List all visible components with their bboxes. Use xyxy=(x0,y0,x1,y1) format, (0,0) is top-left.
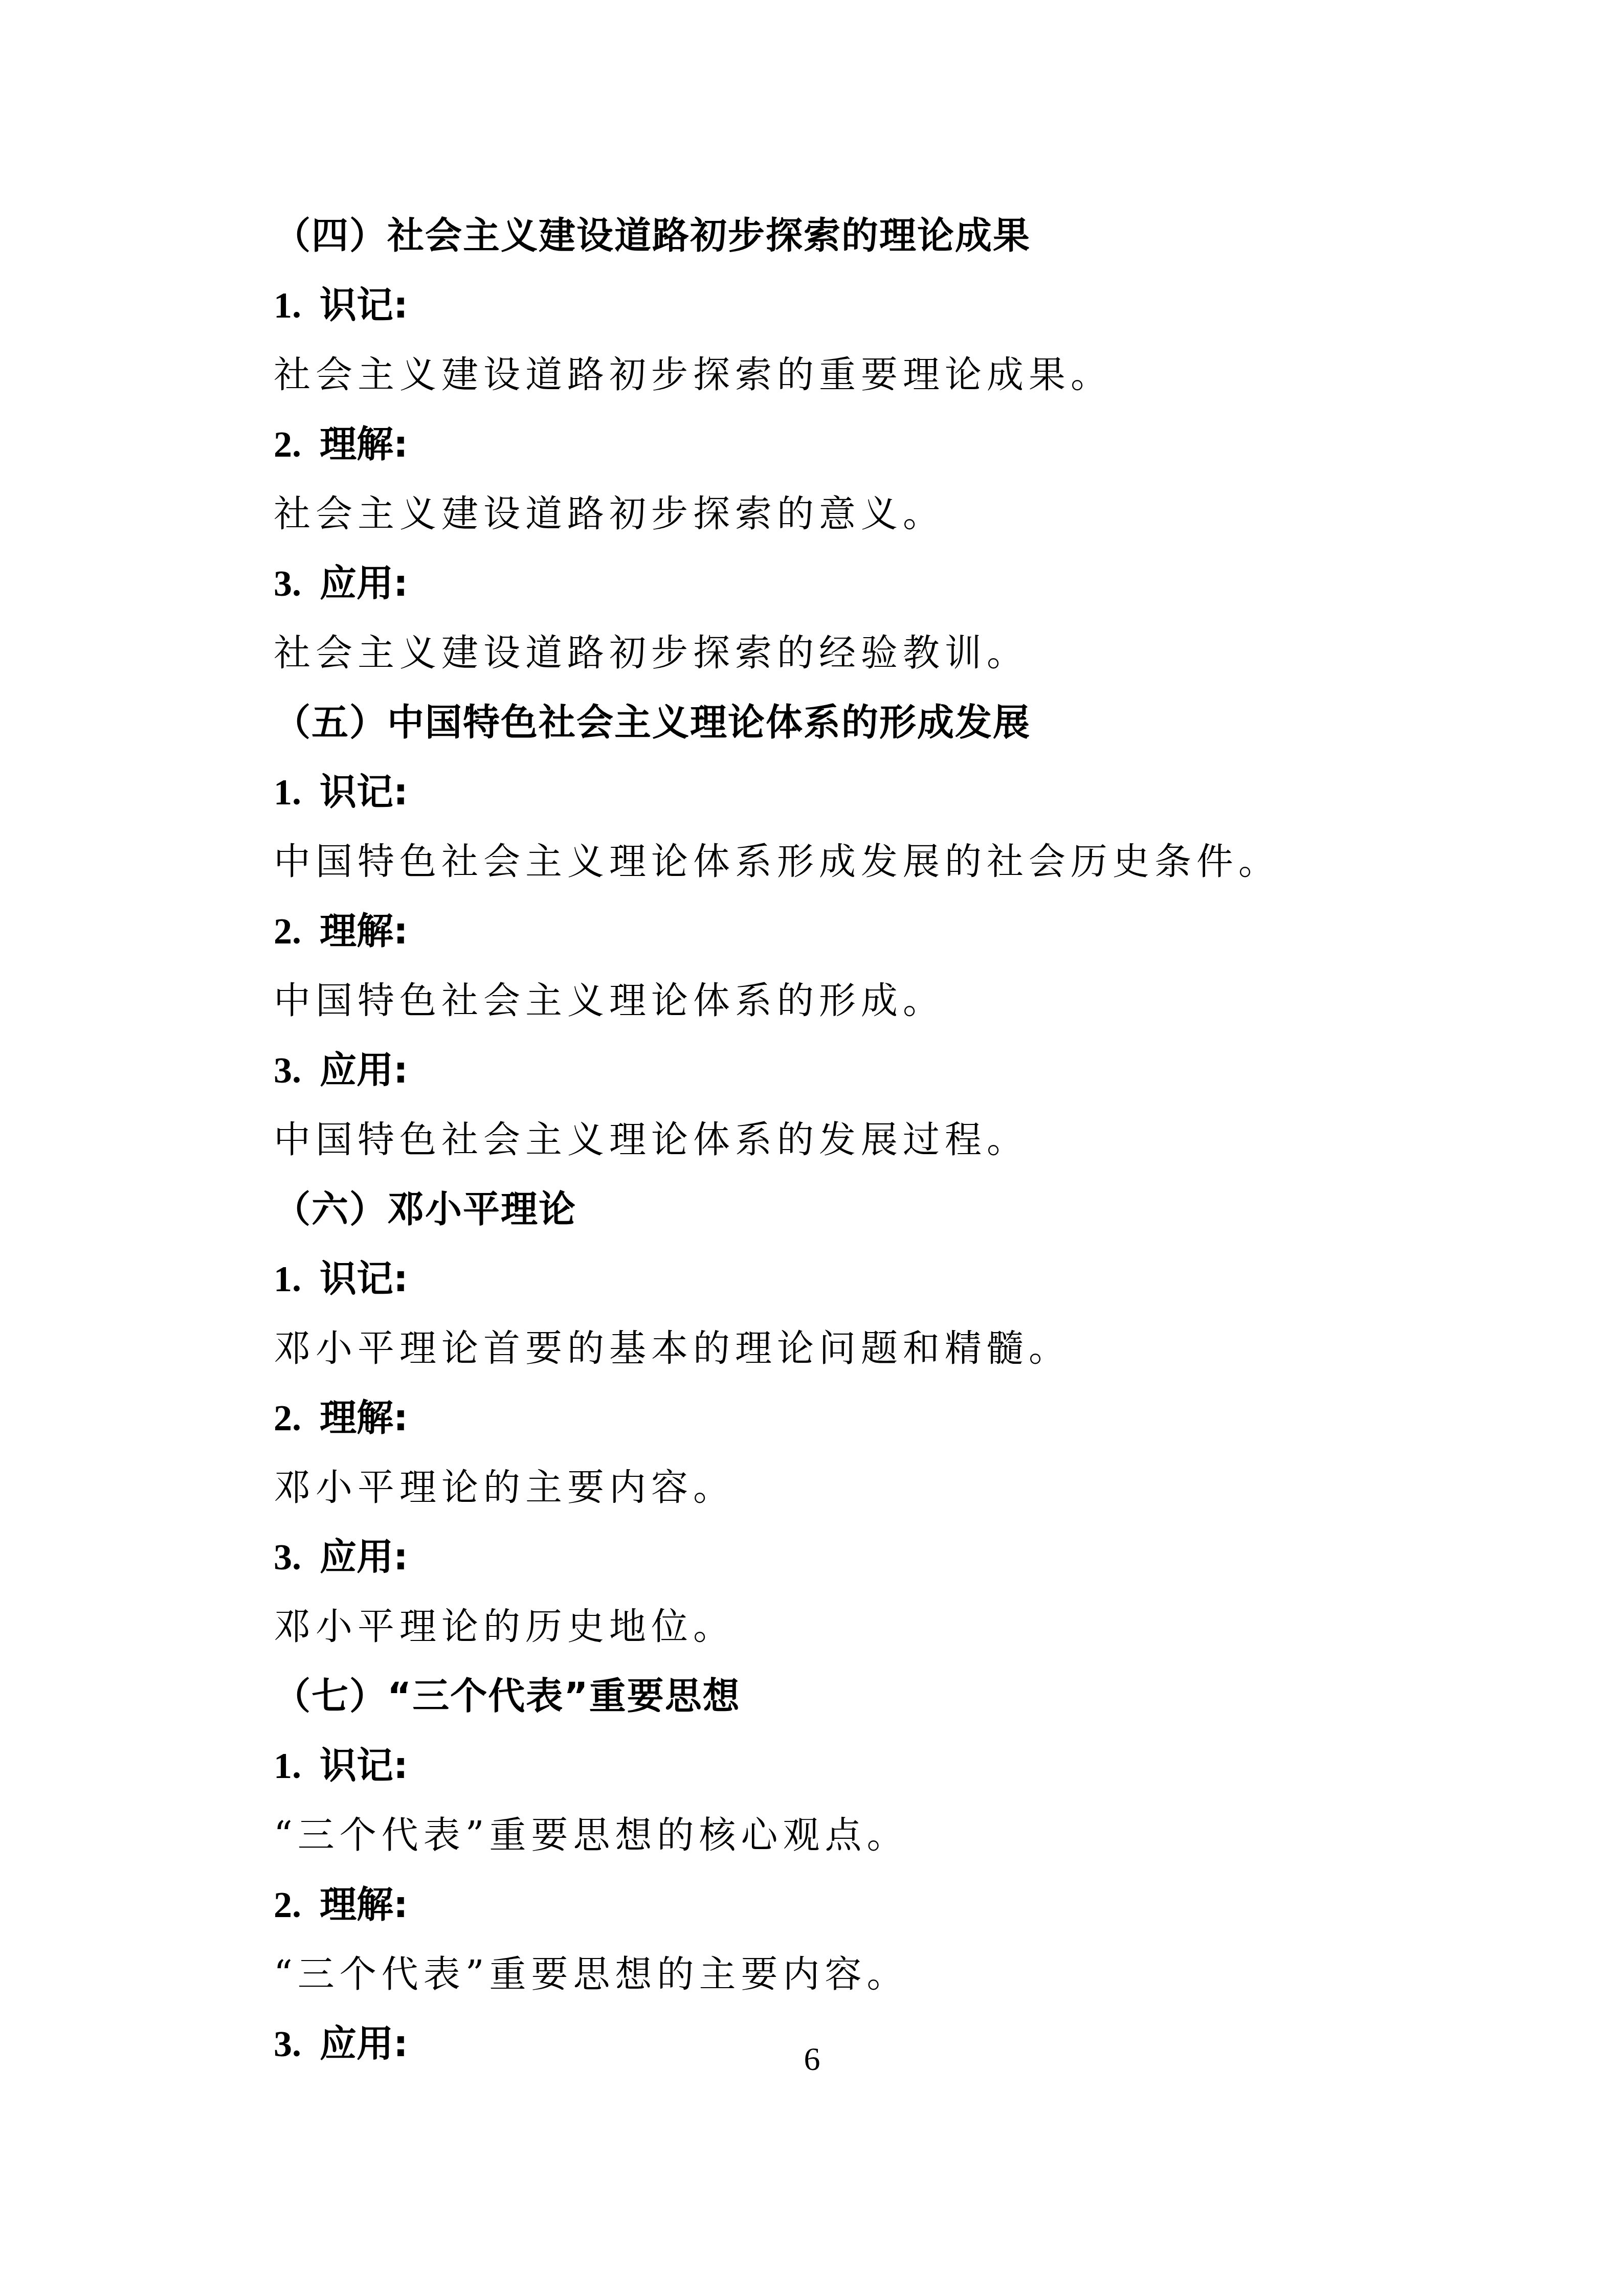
subheading-label: 理解: xyxy=(320,422,408,465)
subheading: 3.应用: xyxy=(274,555,1348,624)
section-heading: （四）社会主义建设道路初步探索的理论成果 xyxy=(274,207,1348,277)
subheading: 2.理解: xyxy=(274,1876,1348,1946)
subheading-label: 识记: xyxy=(320,770,408,813)
subheading-label: 应用: xyxy=(320,561,408,604)
subheading: 1.识记: xyxy=(274,1737,1348,1807)
subheading: 2.理解: xyxy=(274,903,1348,972)
body-text: “三个代表”重要思想的核心观点。 xyxy=(274,1807,1348,1876)
body-text: 中国特色社会主义理论体系形成发展的社会历史条件。 xyxy=(274,833,1348,903)
subheading: 2.理解: xyxy=(274,416,1348,485)
subheading-label: 识记: xyxy=(320,283,408,326)
subheading-number: 3. xyxy=(274,563,301,604)
subheading-number: 3. xyxy=(274,1537,301,1578)
body-text: 邓小平理论的历史地位。 xyxy=(274,1598,1348,1668)
page-number: 6 xyxy=(0,2040,1624,2078)
subheading-number: 1. xyxy=(274,285,301,326)
subheading: 3.应用: xyxy=(274,1042,1348,1111)
body-text: 邓小平理论首要的基本的理论问题和精髓。 xyxy=(274,1320,1348,1389)
subheading: 1.识记: xyxy=(274,1250,1348,1320)
subheading-number: 2. xyxy=(274,424,301,465)
body-text: 社会主义建设道路初步探索的意义。 xyxy=(274,485,1348,555)
section-heading: （六）邓小平理论 xyxy=(274,1181,1348,1250)
section-heading: （五）中国特色社会主义理论体系的形成发展 xyxy=(274,694,1348,763)
body-text: “三个代表”重要思想的主要内容。 xyxy=(274,1946,1348,2015)
body-text: 社会主义建设道路初步探索的重要理论成果。 xyxy=(274,346,1348,416)
body-text: 中国特色社会主义理论体系的形成。 xyxy=(274,972,1348,1042)
page-content: （四）社会主义建设道路初步探索的理论成果 1.识记: 社会主义建设道路初步探索的… xyxy=(274,207,1348,2085)
subheading-number: 3. xyxy=(274,1050,301,1091)
subheading-number: 2. xyxy=(274,1884,301,1925)
subheading-label: 理解: xyxy=(320,909,408,952)
subheading-label: 识记: xyxy=(320,1257,408,1300)
subheading-number: 2. xyxy=(274,1398,301,1438)
subheading: 1.识记: xyxy=(274,277,1348,346)
subheading: 1.识记: xyxy=(274,763,1348,833)
subheading-number: 1. xyxy=(274,772,301,813)
subheading-number: 2. xyxy=(274,911,301,952)
body-text: 中国特色社会主义理论体系的发展过程。 xyxy=(274,1111,1348,1181)
document-page: （四）社会主义建设道路初步探索的理论成果 1.识记: 社会主义建设道路初步探索的… xyxy=(0,0,1624,2296)
subheading-label: 识记: xyxy=(320,1744,408,1787)
subheading-label: 理解: xyxy=(320,1396,408,1439)
subheading: 3.应用: xyxy=(274,1528,1348,1598)
body-text: 邓小平理论的主要内容。 xyxy=(274,1459,1348,1528)
section-heading: （七）“三个代表”重要思想 xyxy=(274,1668,1348,1737)
subheading-label: 理解: xyxy=(320,1883,408,1926)
subheading: 2.理解: xyxy=(274,1389,1348,1459)
subheading-label: 应用: xyxy=(320,1048,408,1091)
subheading-label: 应用: xyxy=(320,1535,408,1578)
body-text: 社会主义建设道路初步探索的经验教训。 xyxy=(274,624,1348,694)
subheading-number: 1. xyxy=(274,1745,301,1786)
subheading-number: 1. xyxy=(274,1258,301,1299)
